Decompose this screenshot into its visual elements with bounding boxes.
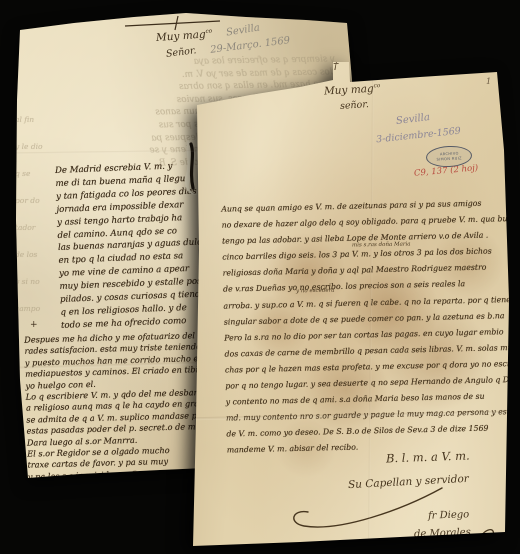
signature-name-line2: de Morales xyxy=(414,527,471,540)
text-line: campo xyxy=(15,295,43,322)
archive-reference: C9, 137 (2 hoj) xyxy=(414,163,479,179)
text-line: q se xyxy=(15,160,43,187)
left-salutation: Muy magco xyxy=(156,28,213,44)
salutation-text: Muy mag xyxy=(324,83,374,98)
margin-showthrough-fragments: al finy le dioq sepor dotadorde losy si … xyxy=(15,106,43,322)
right-letter-paper: † 1 Muy magco señor. Sevilla 3-diciembre… xyxy=(186,58,512,550)
text-line: y le dio xyxy=(15,133,43,160)
salutation-superscript: co xyxy=(373,83,380,89)
rubric-flourish-icon xyxy=(472,522,516,554)
folio-number: 1 xyxy=(486,77,491,86)
pencil-date-inscription: 29-Março. 1569 xyxy=(210,35,291,56)
text-line: y si no xyxy=(15,268,43,295)
interline-note: y no escedera xyxy=(296,288,335,295)
right-letter: † 1 Muy magco señor. Sevilla 3-diciembre… xyxy=(186,58,512,550)
head-cross-mark: † xyxy=(333,59,339,72)
torn-edge-highlight xyxy=(189,106,195,544)
pencil-date-inscription: 3-diciembre-1569 xyxy=(376,126,462,146)
text-line: tador xyxy=(15,214,43,241)
text-line: de los xyxy=(15,241,43,268)
salutation-text: Muy mag xyxy=(156,29,206,44)
right-salutation-line2: señor. xyxy=(340,99,370,112)
pencil-place-inscription: Sevilla xyxy=(225,22,260,38)
text-line: al fin xyxy=(15,106,43,133)
paragraph-cross-mark: + xyxy=(30,320,38,330)
text-line: por do xyxy=(15,187,43,214)
signature-name-line1: fr Diego xyxy=(428,509,470,521)
interline-note: mis s.ras doña Maria xyxy=(352,241,411,248)
pencil-place-inscription: Sevilla xyxy=(395,112,430,127)
stamp-line2: SIMON RUIZ xyxy=(436,156,462,161)
photograph-of-letters: Muy magco Señor. Sevilla 29-Março. 1569 … xyxy=(0,0,520,554)
salutation-superscript: co xyxy=(205,29,212,35)
valediction: B. l. m. a V. m. xyxy=(386,449,470,466)
